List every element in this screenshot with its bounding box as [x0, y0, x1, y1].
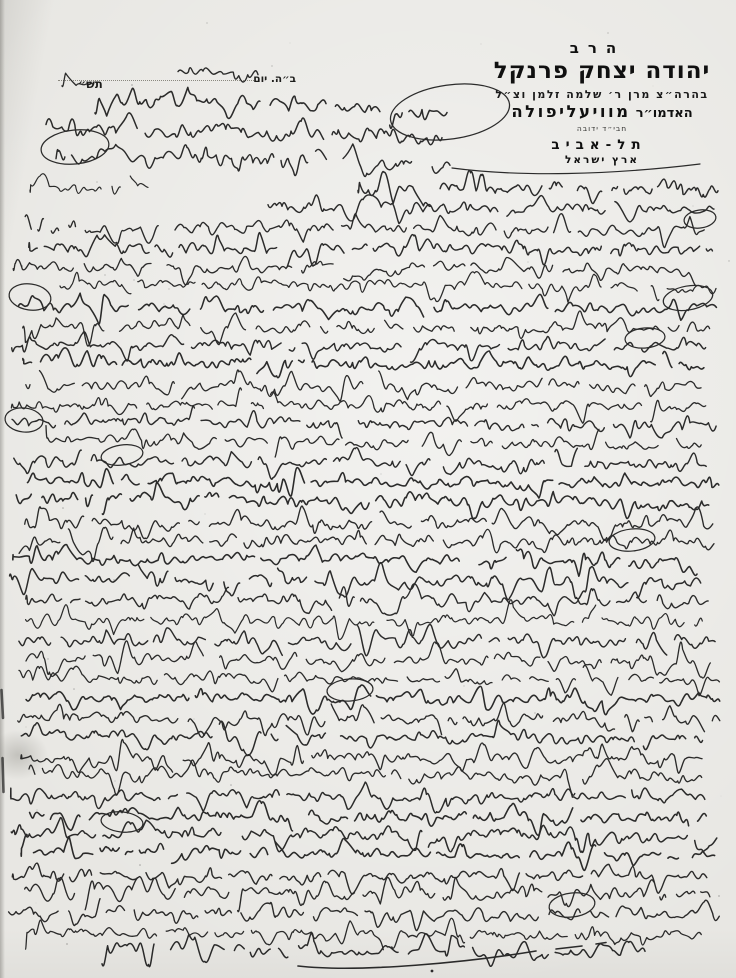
handwriting-layer [0, 0, 736, 978]
letter-page: הרב יהודה יצחק פרנקל בהרה״צ מרן ר׳ שלמה … [0, 0, 736, 978]
